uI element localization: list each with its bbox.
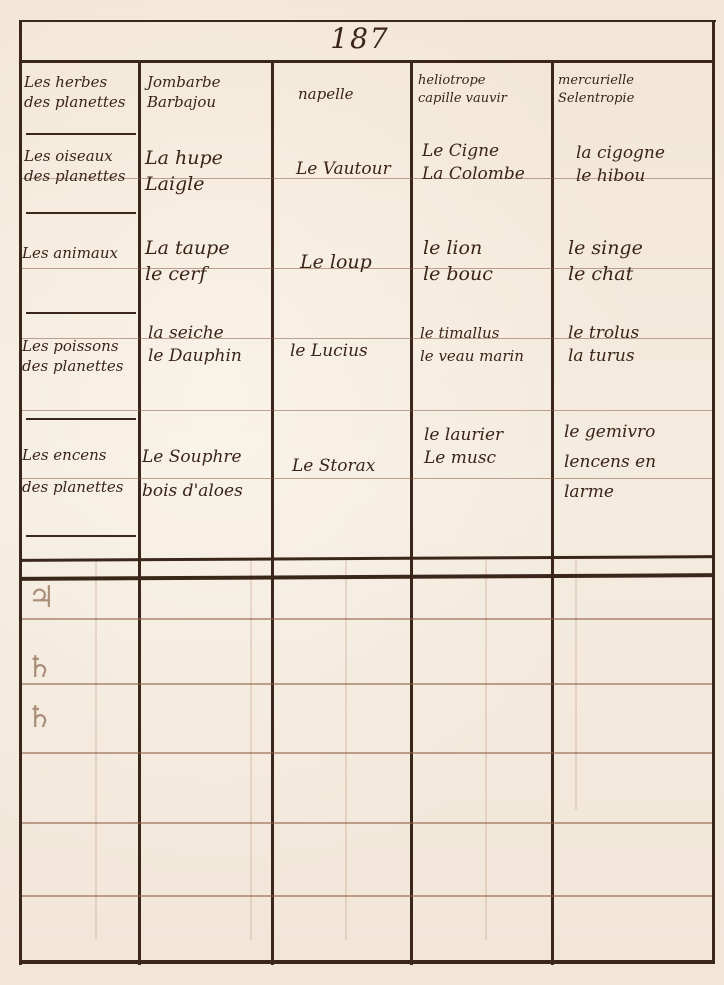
frame-right <box>712 22 715 962</box>
lower-row-rule <box>22 683 712 685</box>
saturn-symbol-icon: ♄ <box>26 650 53 685</box>
lower-row-rule <box>22 822 712 824</box>
cell-birds-col1: La hupe Laigle <box>145 146 223 197</box>
bleed-line <box>485 560 487 940</box>
category-birds: Les oiseaux des planettes <box>24 146 125 187</box>
lower-row-rule <box>22 618 712 620</box>
cell-fish-col4: le trolus la turus <box>568 322 639 368</box>
bleed-line <box>250 560 252 940</box>
cell-herbs-col4: mercurielle Selentropie <box>558 72 634 107</box>
header-rule <box>20 60 715 63</box>
cell-fish-col2: le Lucius <box>290 340 368 363</box>
cell-fish-col1: la seiche le Dauphin <box>148 322 242 368</box>
cat-sep <box>26 133 136 135</box>
cell-birds-col4: la cigogne le hibou <box>576 142 665 188</box>
jupiter-symbol-icon: ♃ <box>28 580 55 615</box>
col-divider-2 <box>271 62 274 965</box>
category-fish: Les poissons des planettes <box>22 336 123 377</box>
cell-fish-col3: le timallus le veau marin <box>420 322 524 369</box>
cell-incense-col1: Le Souphre bois d'aloes <box>142 440 243 508</box>
cell-incense-col2: Le Storax <box>292 455 375 478</box>
cell-incense-col4: le gemivro lencens en larme <box>564 418 656 507</box>
cell-herbs-col3: heliotrope capille vauvir <box>418 72 507 107</box>
cat-sep <box>26 535 136 537</box>
bleed-line <box>575 560 577 810</box>
saturn-symbol-icon: ♄ <box>26 700 53 735</box>
manuscript-page: 187 ♃ ♄ ♄ Les herbes des planettes Jomba… <box>0 0 724 985</box>
cell-animals-col3: le lion le bouc <box>423 236 493 287</box>
category-herbs: Les herbes des planettes <box>24 72 125 113</box>
cell-herbs-col1: Jombarbe Barbajou <box>147 72 220 113</box>
cat-sep <box>26 212 136 214</box>
category-animals: Les animaux <box>22 243 118 263</box>
lower-row-rule <box>22 752 712 754</box>
page-number: 187 <box>320 22 400 55</box>
col-divider-3 <box>410 62 413 965</box>
cell-animals-col4: le singe le chat <box>568 236 643 287</box>
bleed-line <box>345 560 347 940</box>
cell-animals-col2: Le loup <box>300 250 372 276</box>
cell-animals-col1: La taupe le cerf <box>145 236 230 287</box>
col-divider-1 <box>138 62 141 965</box>
section-rule-1 <box>20 555 715 562</box>
cell-birds-col3: Le Cigne La Colombe <box>422 140 525 186</box>
row-rule <box>22 410 712 411</box>
cat-sep <box>26 418 136 420</box>
frame-bottom <box>19 960 715 964</box>
category-incense: Les encens des planettes <box>22 440 123 503</box>
cell-birds-col2: Le Vautour <box>296 158 391 181</box>
lower-row-rule <box>22 895 712 897</box>
col-divider-4 <box>551 62 554 965</box>
cell-incense-col3: le laurier Le musc <box>424 424 503 470</box>
section-rule-2 <box>20 573 715 581</box>
bleed-line <box>95 560 97 940</box>
cell-herbs-col2: napelle <box>298 84 354 104</box>
cat-sep <box>26 312 136 314</box>
